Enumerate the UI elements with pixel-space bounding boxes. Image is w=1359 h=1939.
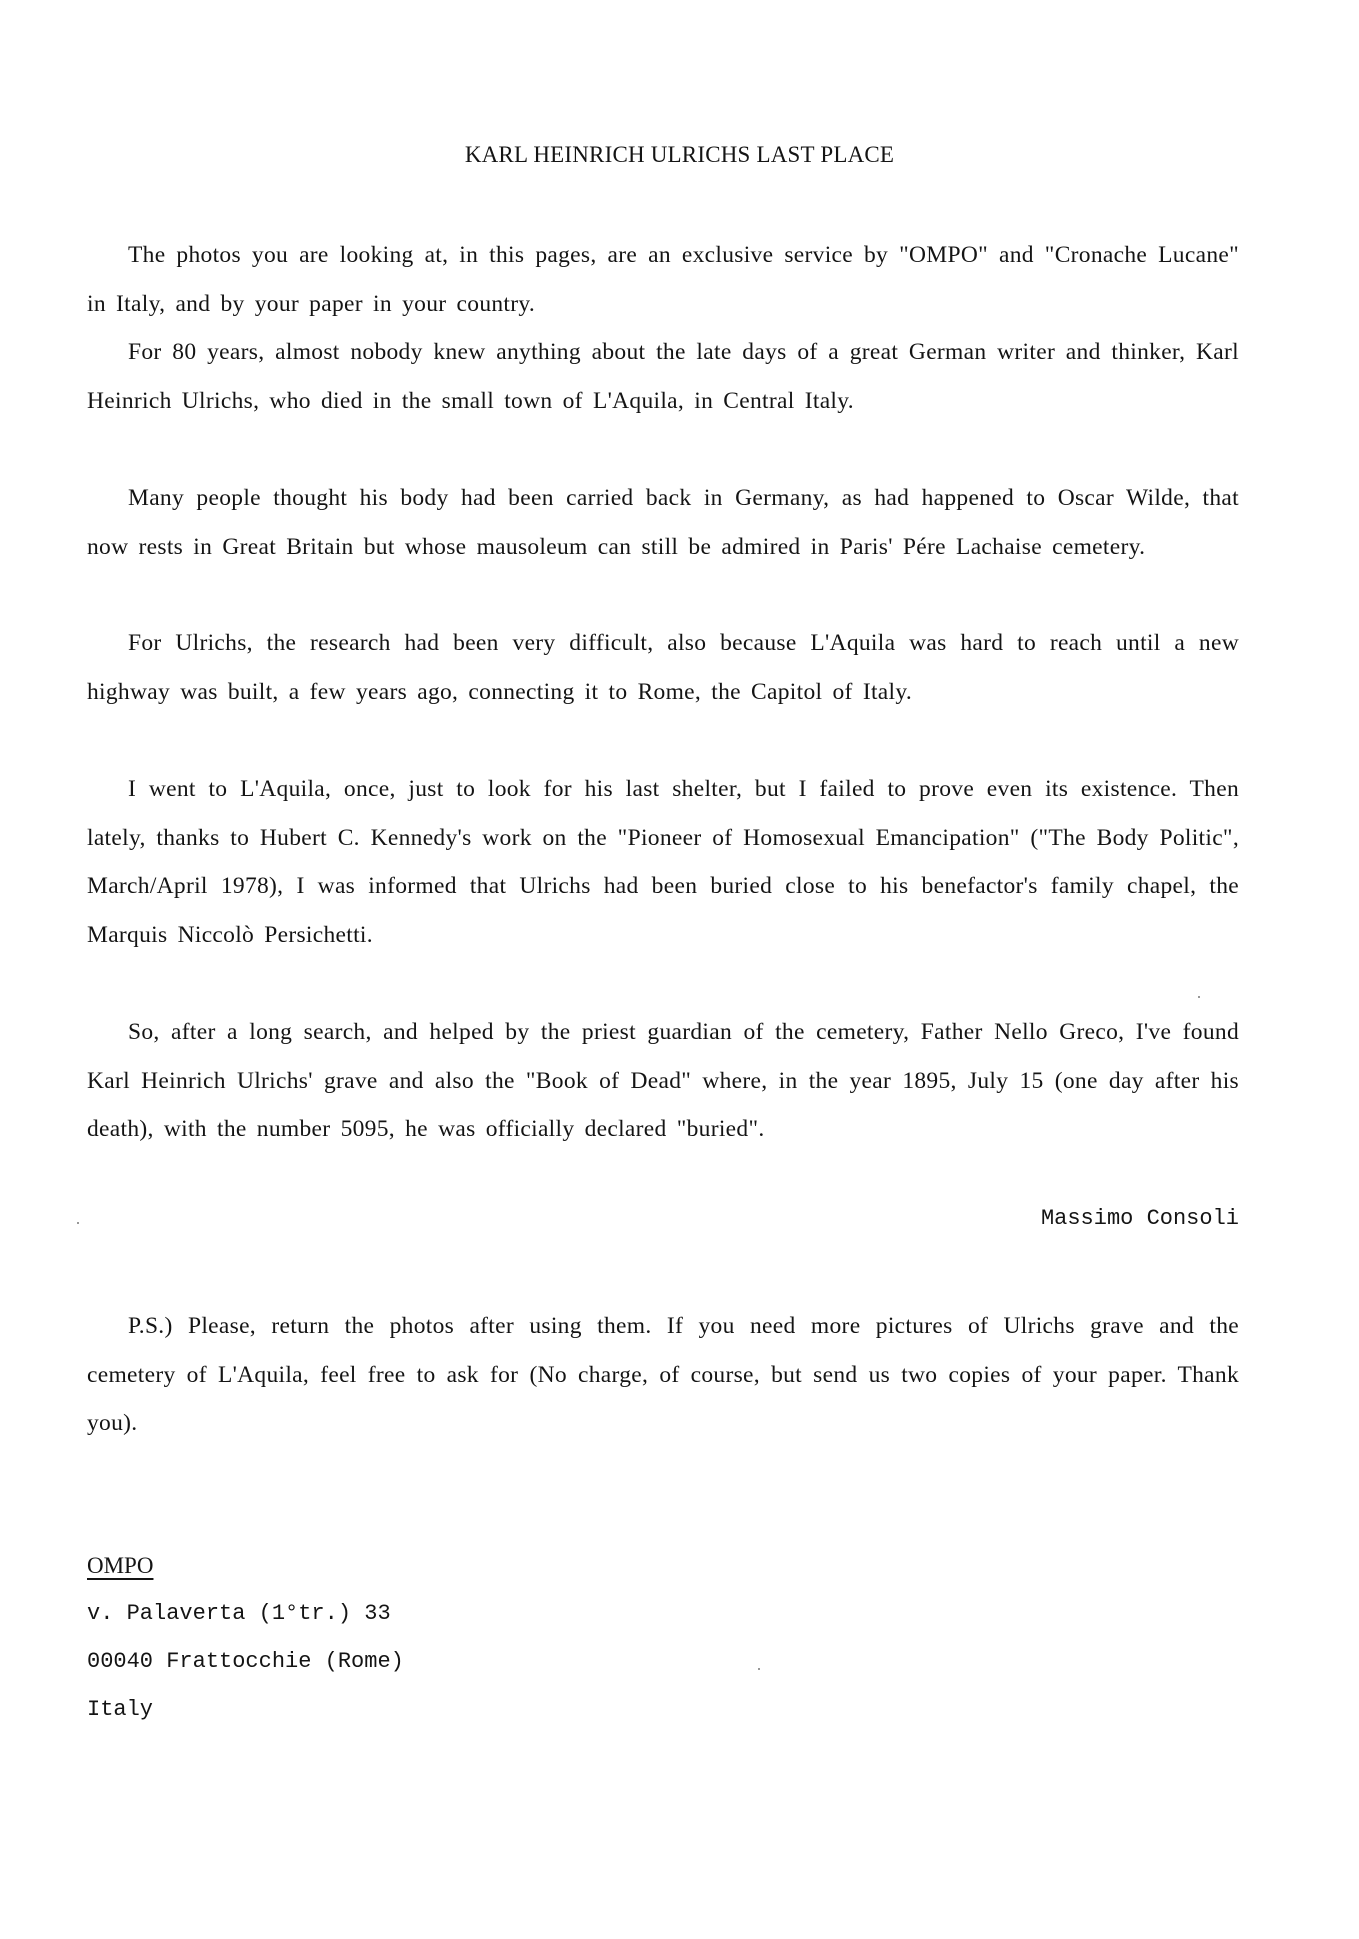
paragraph-research: For Ulrichs, the research had been very …: [87, 619, 1239, 716]
address-organization: OMPO: [87, 1542, 404, 1590]
paragraph-grave-found: So, after a long search, and helped by t…: [87, 1008, 1239, 1154]
paragraph-laquila-visit: I went to L'Aquila, once, just to look f…: [87, 765, 1239, 959]
paragraph-text: For Ulrichs, the research had been very …: [87, 619, 1239, 716]
scan-speck: [77, 1222, 79, 1224]
address-block: OMPO v. Palaverta (1°tr.) 33 00040 Fratt…: [87, 1542, 404, 1734]
postscript-text: P.S.) Please, return the photos after us…: [87, 1302, 1239, 1448]
address-country: Italy: [87, 1686, 404, 1734]
scan-speck: [758, 1668, 760, 1670]
paragraph-text: The photos you are looking at, in this p…: [87, 231, 1239, 328]
scan-speck: [1198, 996, 1200, 998]
paragraph-body-germany: Many people thought his body had been ca…: [87, 474, 1239, 571]
paragraph-intro: The photos you are looking at, in this p…: [87, 231, 1239, 328]
document-title: KARL HEINRICH ULRICHS LAST PLACE: [0, 142, 1359, 168]
document-page: KARL HEINRICH ULRICHS LAST PLACE The pho…: [0, 0, 1359, 1939]
paragraph-text: For 80 years, almost nobody knew anythin…: [87, 328, 1239, 425]
paragraph-text: Many people thought his body had been ca…: [87, 474, 1239, 571]
address-street: v. Palaverta (1°tr.) 33: [87, 1590, 404, 1638]
author-signature: Massimo Consoli: [1041, 1206, 1239, 1231]
postscript: P.S.) Please, return the photos after us…: [87, 1302, 1239, 1448]
address-city: 00040 Frattocchie (Rome): [87, 1638, 404, 1686]
paragraph-text: So, after a long search, and helped by t…: [87, 1008, 1239, 1154]
paragraph-text: I went to L'Aquila, once, just to look f…: [87, 765, 1239, 959]
paragraph-80-years: For 80 years, almost nobody knew anythin…: [87, 328, 1239, 425]
